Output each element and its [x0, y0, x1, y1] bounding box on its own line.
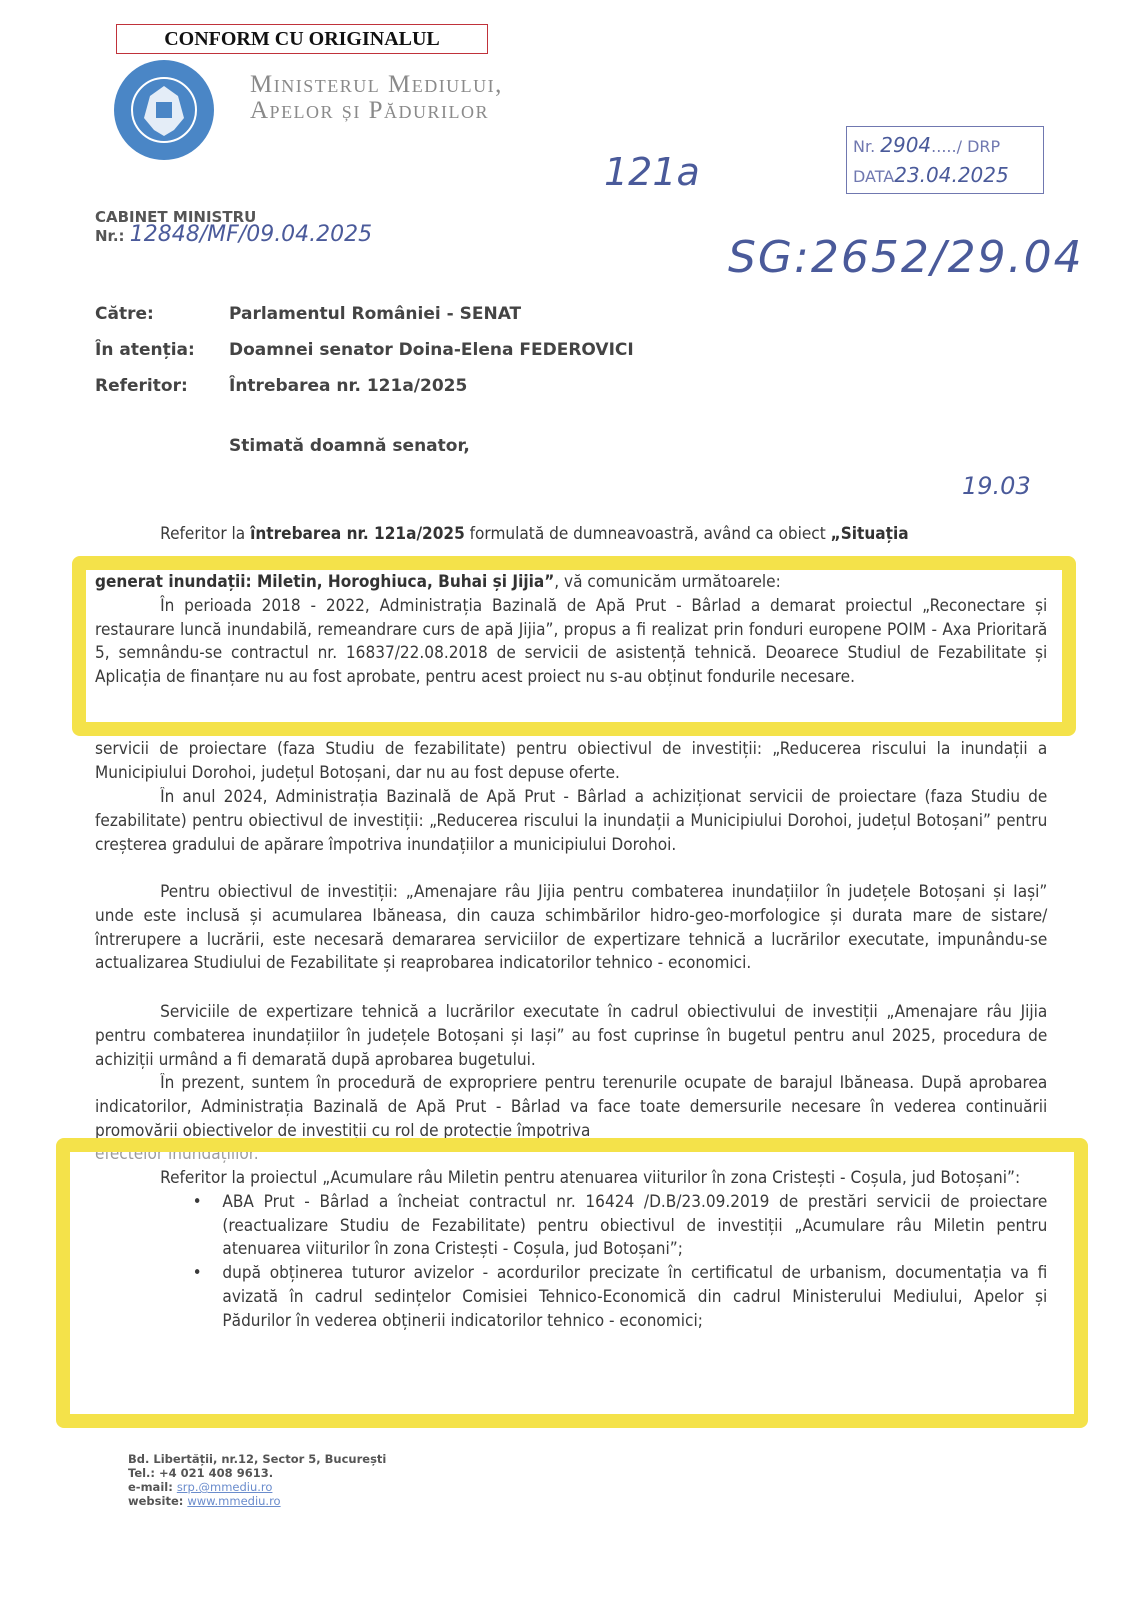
footer-phone: Tel.: +4 021 408 9613. [128, 1466, 386, 1480]
ministry-name: Ministerul Mediului, Apelor și Pădurilor [250, 72, 503, 124]
footer-address: Bd. Libertății, nr.12, Sector 5, Bucureș… [128, 1452, 386, 1466]
header-field-recipient: Către:Parlamentul României - SENAT [95, 296, 634, 332]
registration-stamp: Nr. 2904...../ DRP DATA23.04.2025 [846, 126, 1044, 194]
ministry-line-2: Apelor și Pădurilor [250, 98, 503, 124]
website-link[interactable]: www.mmediu.ro [187, 1494, 280, 1508]
ministry-line-1: Ministerul Mediului, [250, 72, 503, 98]
paragraph-expropriere: În prezent, suntem în procedură de expro… [95, 1071, 1047, 1142]
paragraph-jijia-amenajare: Pentru obiectivul de investiții: „Amenaj… [95, 880, 1047, 975]
header-field-attention: În atenția:Doamnei senator Doina-Elena F… [95, 332, 634, 368]
paragraph-expertizare: Serviciile de expertizare tehnică a lucr… [95, 1000, 1047, 1071]
registration-number: 2904 [880, 133, 931, 157]
cabinet-number: 12848/MF/09.04.2025 [130, 222, 372, 247]
government-seal-icon [98, 56, 230, 164]
footer-contact: Bd. Libertății, nr.12, Sector 5, Bucureș… [128, 1452, 386, 1508]
handwritten-date-note: 19.03 [962, 472, 1031, 500]
paragraph-dorohoi-2024: În anul 2024, Administrația Bazinală de … [95, 785, 1047, 856]
handwritten-sg-ref: SG:2652/29.04 [728, 232, 1084, 283]
registration-date: 23.04.2025 [894, 163, 1009, 187]
email-link[interactable]: srp.@mmediu.ro [177, 1480, 273, 1494]
cabinet-block: CABINET MINISTRU Nr.: 12848/MF/09.04.202… [95, 208, 372, 245]
conform-stamp: CONFORM CU ORIGINALUL [116, 24, 488, 54]
header-field-subject: Referitor:Întrebarea nr. 121a/2025 [95, 368, 634, 404]
intro-paragraph: Referitor la întrebarea nr. 121a/2025 fo… [95, 522, 1047, 546]
salutation: Stimată doamnă senator, [229, 436, 470, 456]
header-fields: Către:Parlamentul României - SENAT În at… [95, 296, 634, 404]
highlight-box-2 [56, 1138, 1088, 1428]
handwritten-question-ref: 121a [604, 150, 700, 194]
highlight-box-1 [72, 556, 1076, 736]
paragraph-dorohoi-2023: servicii de proiectare (faza Studiu de f… [95, 737, 1047, 785]
